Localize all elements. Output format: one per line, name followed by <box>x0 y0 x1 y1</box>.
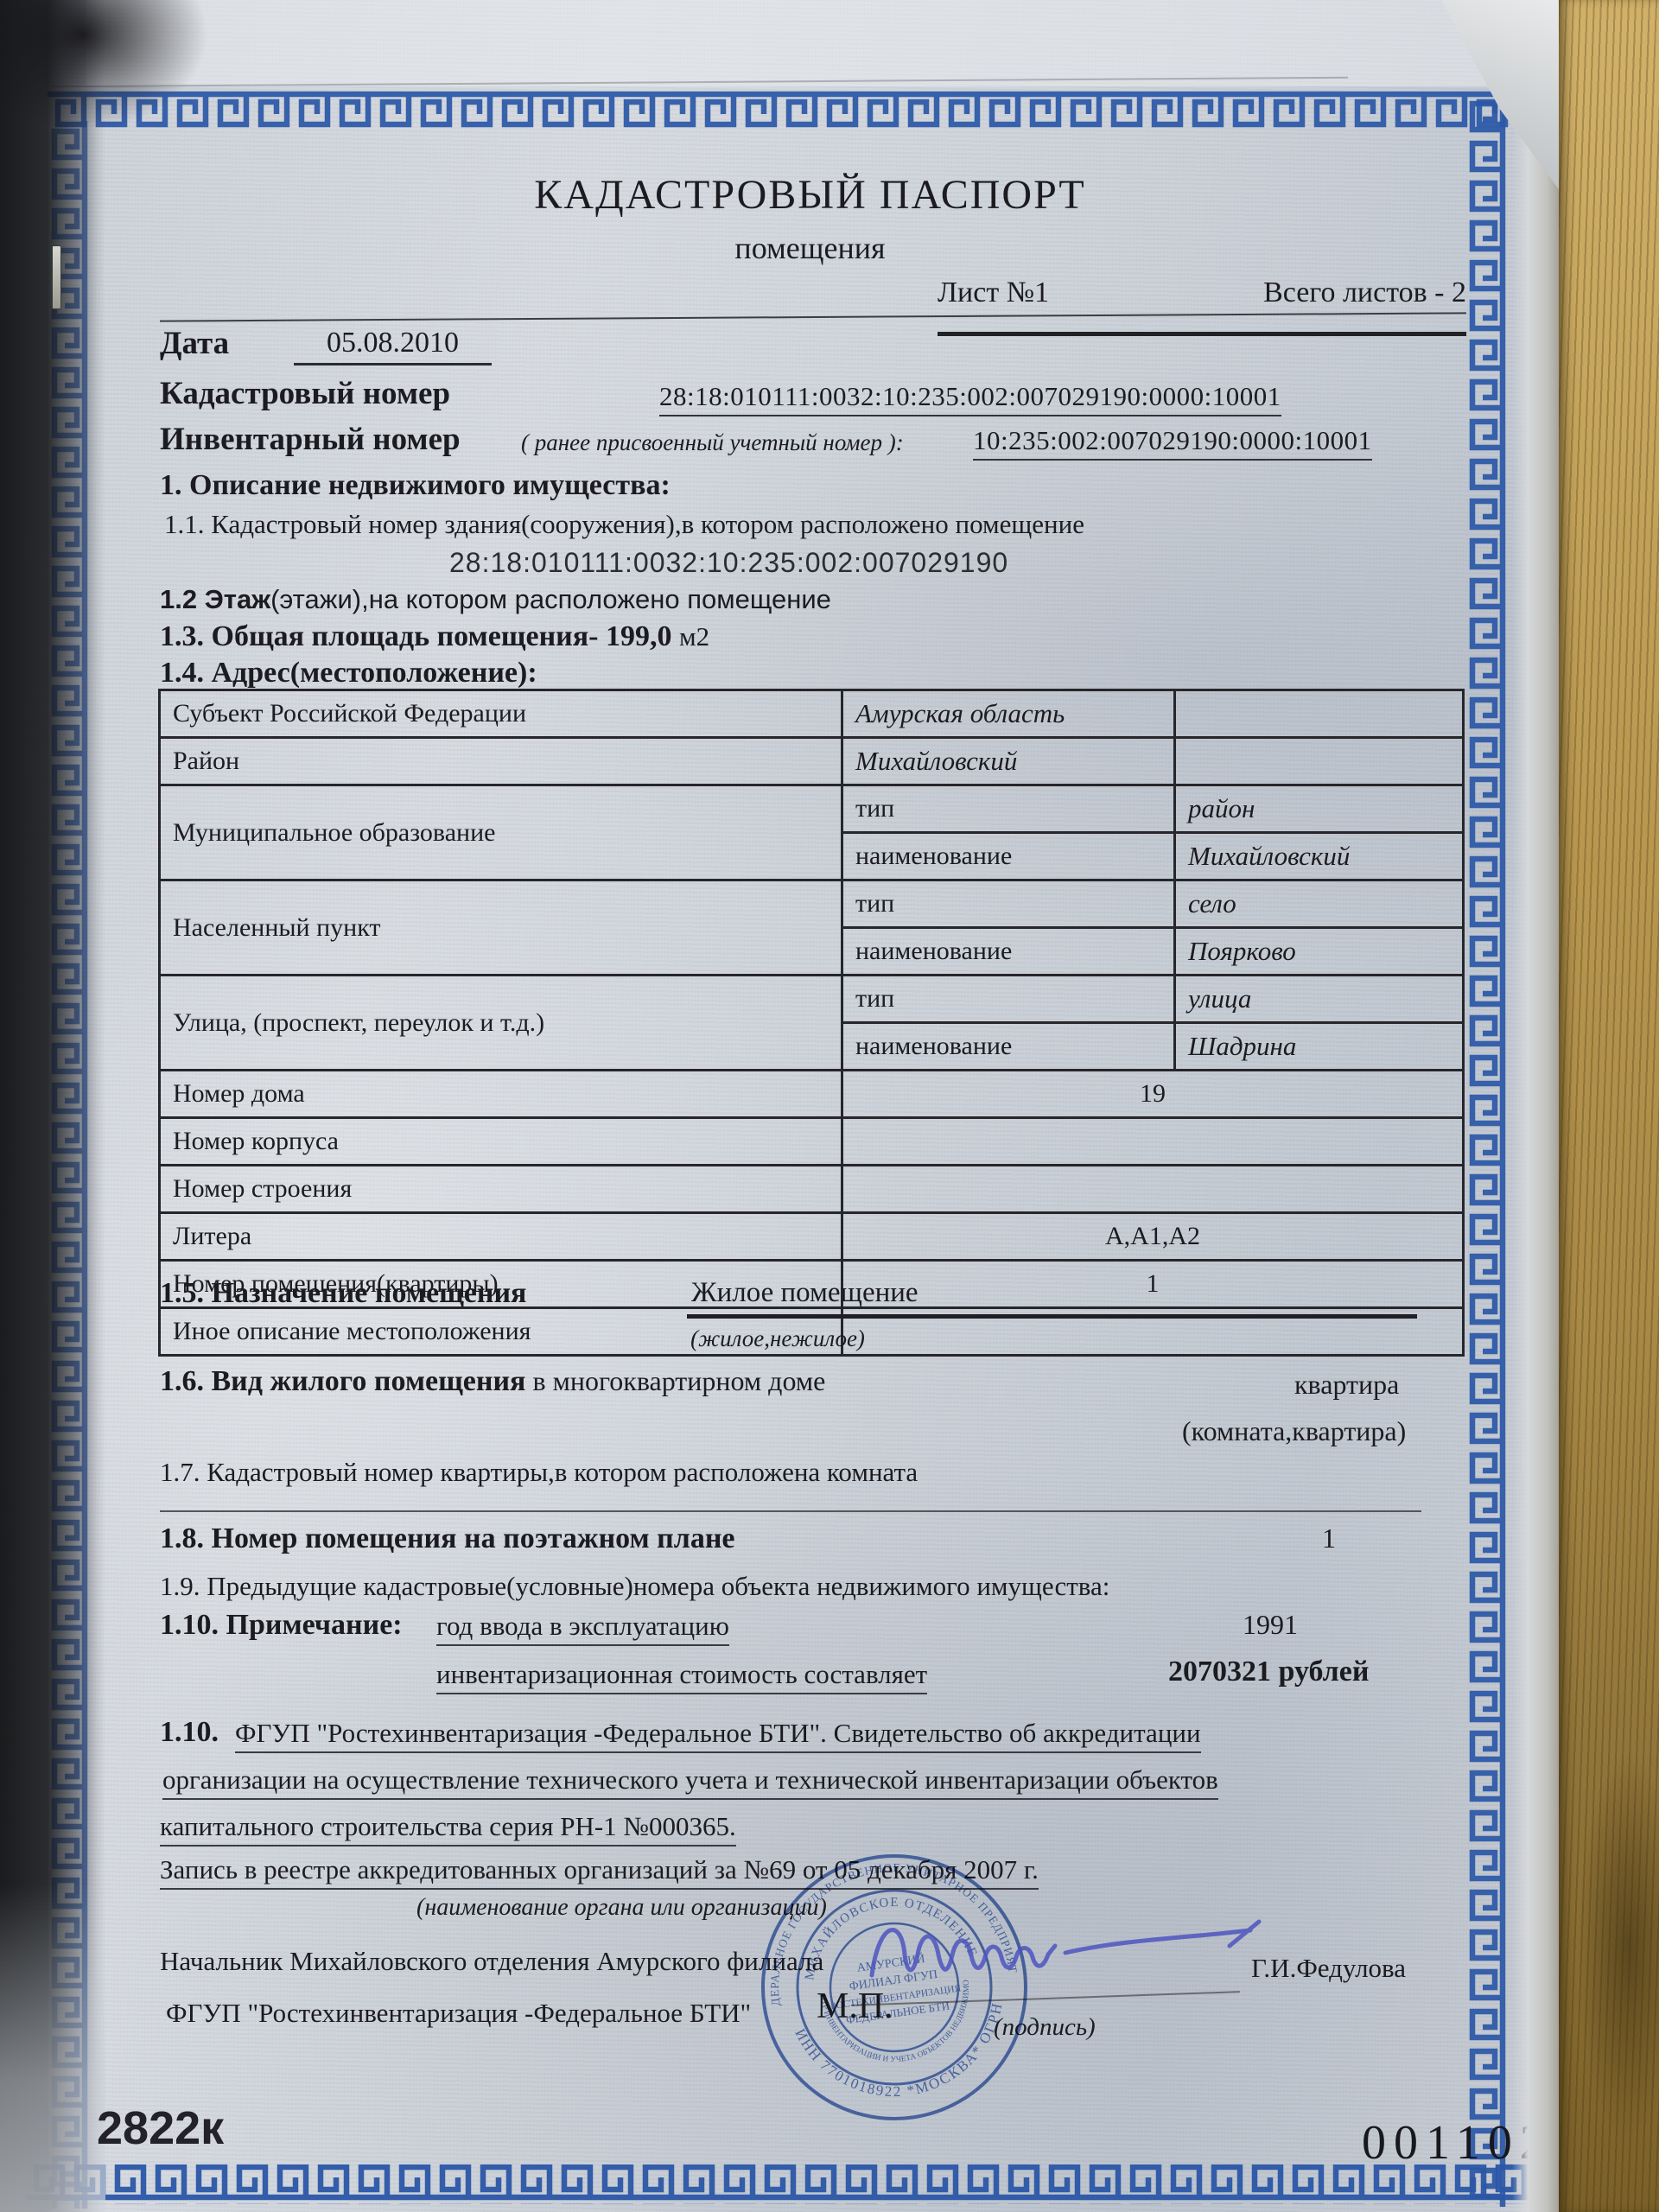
name-value: Шадрина <box>1175 1023 1464 1071</box>
official-title-line2: ФГУП "Ростехинвентаризация -Федеральное … <box>166 1998 751 2029</box>
date-label: Дата <box>160 325 229 362</box>
table-row: Муниципальное образованиетипрайон <box>160 785 1464 833</box>
official-title-line1: Начальник Михайловского отделения Амурск… <box>160 1946 823 1977</box>
item-1-3-unit: м2 <box>679 621 709 652</box>
item-1-4-heading: 1.4. Адрес(местоположение): <box>160 657 537 690</box>
item-1-7-label: 1.7. Кадастровый номер квартиры,в которо… <box>160 1457 918 1488</box>
cadastral-number-label: Кадастровый номер <box>160 375 450 412</box>
inventory-number-value: 10:235:002:007029190:0000:10001 <box>973 425 1372 461</box>
item-1-6-label-rest: в многоквартирном доме <box>525 1365 825 1396</box>
name-label: наименование <box>842 833 1175 880</box>
total-sheets: Всего листов - 2 <box>1263 276 1466 309</box>
header-divider-thin <box>160 312 1466 321</box>
sheet-behind-top-edge <box>86 0 1521 86</box>
item-1-5-value: Жилое помещение <box>691 1277 918 1309</box>
table-row: Номер строения <box>160 1166 1464 1213</box>
form-code: 2822к <box>97 2101 224 2155</box>
row-value: А,А1,А2 <box>842 1213 1464 1261</box>
item-1-10-line1-value: 1991 <box>1243 1609 1298 1641</box>
row-label: Субъект Российской Федерации <box>160 690 842 738</box>
accreditation-line1: ФГУП "Ростехинвентаризация -Федеральное … <box>235 1718 1201 1753</box>
row-value <box>842 1118 1464 1166</box>
type-value: район <box>1175 785 1464 833</box>
item-1-2-label-bold: 1.2 Этаж <box>160 584 270 614</box>
item-1-5-label: 1.5. Назначение помещения <box>160 1277 526 1310</box>
row-value: Михайловский <box>842 738 1175 785</box>
item-1-1-value: 28:18:010111:0032:10:235:002:007029190 <box>449 547 1008 579</box>
sheet-number: Лист №1 <box>938 276 1049 309</box>
inventory-number-note: ( ранее присвоенный учетный номер ): <box>521 429 904 456</box>
page-title: КАДАСТРОВЫЙ ПАСПОРТ <box>160 171 1460 219</box>
cadastral-number-value: 28:18:010111:0032:10:235:002:007029190:0… <box>659 381 1281 416</box>
item-1-5-note: (жилое,нежилое) <box>605 1325 950 1352</box>
item-1-8-label: 1.8. Номер помещения на поэтажном плане <box>160 1522 735 1555</box>
accreditation-line2: организации на осуществление техническог… <box>162 1764 1218 1800</box>
type-label: тип <box>842 785 1175 833</box>
table-row: Населенный пункттипсело <box>160 880 1464 928</box>
meander-border-bottom <box>26 2162 1554 2207</box>
header-divider-thick <box>938 332 1466 336</box>
section-divider <box>160 1510 1421 1512</box>
name-value: Михайловский <box>1175 833 1464 880</box>
table-row: РайонМихайловский <box>160 738 1464 785</box>
meander-border-left <box>48 121 88 2209</box>
document-photo: КАДАСТРОВЫЙ ПАСПОРТ помещения Лист №1 Вс… <box>0 0 1659 2212</box>
item-1-10-line2: инвентаризационная стоимость составляет <box>436 1659 927 1694</box>
row-label: Населенный пункт <box>160 880 842 976</box>
row-label: Номер дома <box>160 1071 842 1118</box>
section1-heading: 1. Описание недвижимого имущества: <box>160 469 671 502</box>
item-1-8-value: 1 <box>1322 1522 1336 1554</box>
item-1-9-label: 1.9. Предыдущие кадастровые(условные)ном… <box>160 1571 1109 1602</box>
row-label: Номер корпуса <box>160 1118 842 1166</box>
row-value <box>842 1166 1464 1213</box>
type-label: тип <box>842 880 1175 928</box>
item-1-10-line2-value: 2070321 рублей <box>1168 1656 1369 1688</box>
item-1-10-line1: год ввода в эксплуатацию <box>436 1611 729 1646</box>
handwritten-signature <box>860 1892 1283 2005</box>
item-1-6-note: (комната,квартира) <box>1182 1415 1406 1447</box>
row-value: 1 <box>842 1261 1464 1308</box>
item-1-6-label-bold: 1.6. Вид жилого помещения <box>160 1365 525 1397</box>
table-row: Номер корпуса <box>160 1118 1464 1166</box>
item-1-10-label: 1.10. Примечание: <box>160 1609 403 1642</box>
wooden-table-background <box>1559 0 1659 2212</box>
name-value: Поярково <box>1175 928 1464 976</box>
page-subtitle: помещения <box>160 230 1460 266</box>
inventory-number-label: Инвентарный номер <box>160 421 461 458</box>
row-label: Муниципальное образование <box>160 785 842 880</box>
table-row: Улица, (проспект, переулок и т.д.)типули… <box>160 976 1464 1023</box>
type-value: село <box>1175 880 1464 928</box>
meander-border-top <box>48 90 1510 133</box>
accreditation-line3: капитального строительства серия РН-1 №0… <box>160 1811 736 1847</box>
date-value: 05.08.2010 <box>294 327 492 365</box>
meander-border-right <box>1466 93 1508 2207</box>
item-1-2-label-rest: (этажи),на котором расположено помещение <box>270 584 831 614</box>
item-1-1-label: 1.1. Кадастровый номер здания(сооружения… <box>164 509 1084 540</box>
staple <box>52 245 61 309</box>
table-row: ЛитераА,А1,А2 <box>160 1213 1464 1261</box>
row-value: Амурская область <box>842 690 1175 738</box>
item-1-6-value: квартира <box>1294 1369 1399 1401</box>
item-1-3-label: 1.3. Общая площадь помещения- 199,0 <box>160 620 671 652</box>
type-value: улица <box>1175 976 1464 1023</box>
item-1-10b-label: 1.10. <box>160 1716 219 1749</box>
item-1-5-underline <box>687 1314 1417 1319</box>
row-label: Улица, (проспект, переулок и т.д.) <box>160 976 842 1071</box>
address-table: Субъект Российской ФедерацииАмурская обл… <box>158 689 1465 1357</box>
row-label: Литера <box>160 1213 842 1261</box>
table-row: Номер дома19 <box>160 1071 1464 1118</box>
name-label: наименование <box>842 928 1175 976</box>
page-stack-edge <box>1512 0 1566 2212</box>
row-value: 19 <box>842 1071 1464 1118</box>
type-label: тип <box>842 976 1175 1023</box>
row-label: Номер строения <box>160 1166 842 1213</box>
name-label: наименование <box>842 1023 1175 1071</box>
row-label: Район <box>160 738 842 785</box>
table-row: Субъект Российской ФедерацииАмурская обл… <box>160 690 1464 738</box>
